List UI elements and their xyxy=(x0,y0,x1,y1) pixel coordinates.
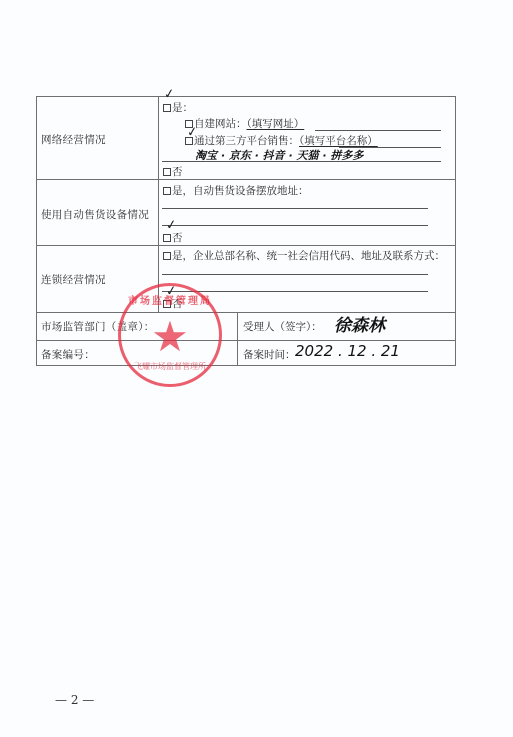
check-mark-icon: ✓ xyxy=(165,217,178,233)
network-no-option[interactable]: 否 xyxy=(163,164,183,179)
row-divider xyxy=(37,312,455,313)
vending-address-line xyxy=(162,225,428,226)
document-page: 网络经营情况 是： ✓ 自建网站：（填写网址） 通过第三方平台销售：（填写平台名… xyxy=(0,0,513,737)
checkbox-checked[interactable] xyxy=(163,300,171,308)
handler-signature: 徐森林 xyxy=(334,311,385,336)
page-number: — 2 — xyxy=(55,693,94,707)
checkbox-checked[interactable] xyxy=(163,234,171,242)
row-divider xyxy=(37,245,455,246)
chain-yes-option[interactable]: 是，企业总部名称、统一社会信用代码、地址及联系方式： xyxy=(163,248,445,263)
row-divider xyxy=(37,340,455,341)
checkbox-unchecked[interactable] xyxy=(163,187,171,195)
record-time-value: 2022 . 12 . 21 xyxy=(295,342,400,360)
handler-label: 受理人（签字）： xyxy=(243,319,322,334)
check-mark-icon: ✓ xyxy=(186,124,199,140)
chain-info-line xyxy=(162,291,428,292)
column-divider xyxy=(237,312,238,366)
row-label-chain: 连锁经营情况 xyxy=(41,272,106,287)
checkbox-unchecked[interactable] xyxy=(163,168,171,176)
filing-form-table: 网络经营情况 是： ✓ 自建网站：（填写网址） 通过第三方平台销售：（填写平台名… xyxy=(36,96,456,366)
vending-yes-option[interactable]: 是，自动售货设备摆放地址： xyxy=(163,183,309,198)
column-divider xyxy=(158,97,159,312)
check-mark-icon: ✓ xyxy=(165,283,178,299)
record-time-label: 备案时间： xyxy=(243,347,296,362)
record-number-label: 备案编号： xyxy=(41,347,95,362)
self-website-option[interactable]: 自建网站：（填写网址） xyxy=(185,116,304,131)
chain-info-line xyxy=(162,274,428,275)
vending-address-line xyxy=(162,208,428,209)
authority-seal-label: 市场监管部门（盖章）： xyxy=(41,319,155,334)
check-mark-icon: ✓ xyxy=(163,86,176,102)
website-underline xyxy=(315,130,441,131)
row-divider xyxy=(37,179,455,180)
row-label-vending: 使用自动售货设备情况 xyxy=(41,207,149,222)
platform-line-underline xyxy=(162,161,441,162)
checkbox-unchecked[interactable] xyxy=(163,252,171,260)
checkbox-checked[interactable] xyxy=(163,104,171,112)
third-party-platform-option[interactable]: 通过第三方平台销售：（填写平台名称） xyxy=(185,133,378,148)
row-label-network: 网络经营情况 xyxy=(41,132,106,147)
